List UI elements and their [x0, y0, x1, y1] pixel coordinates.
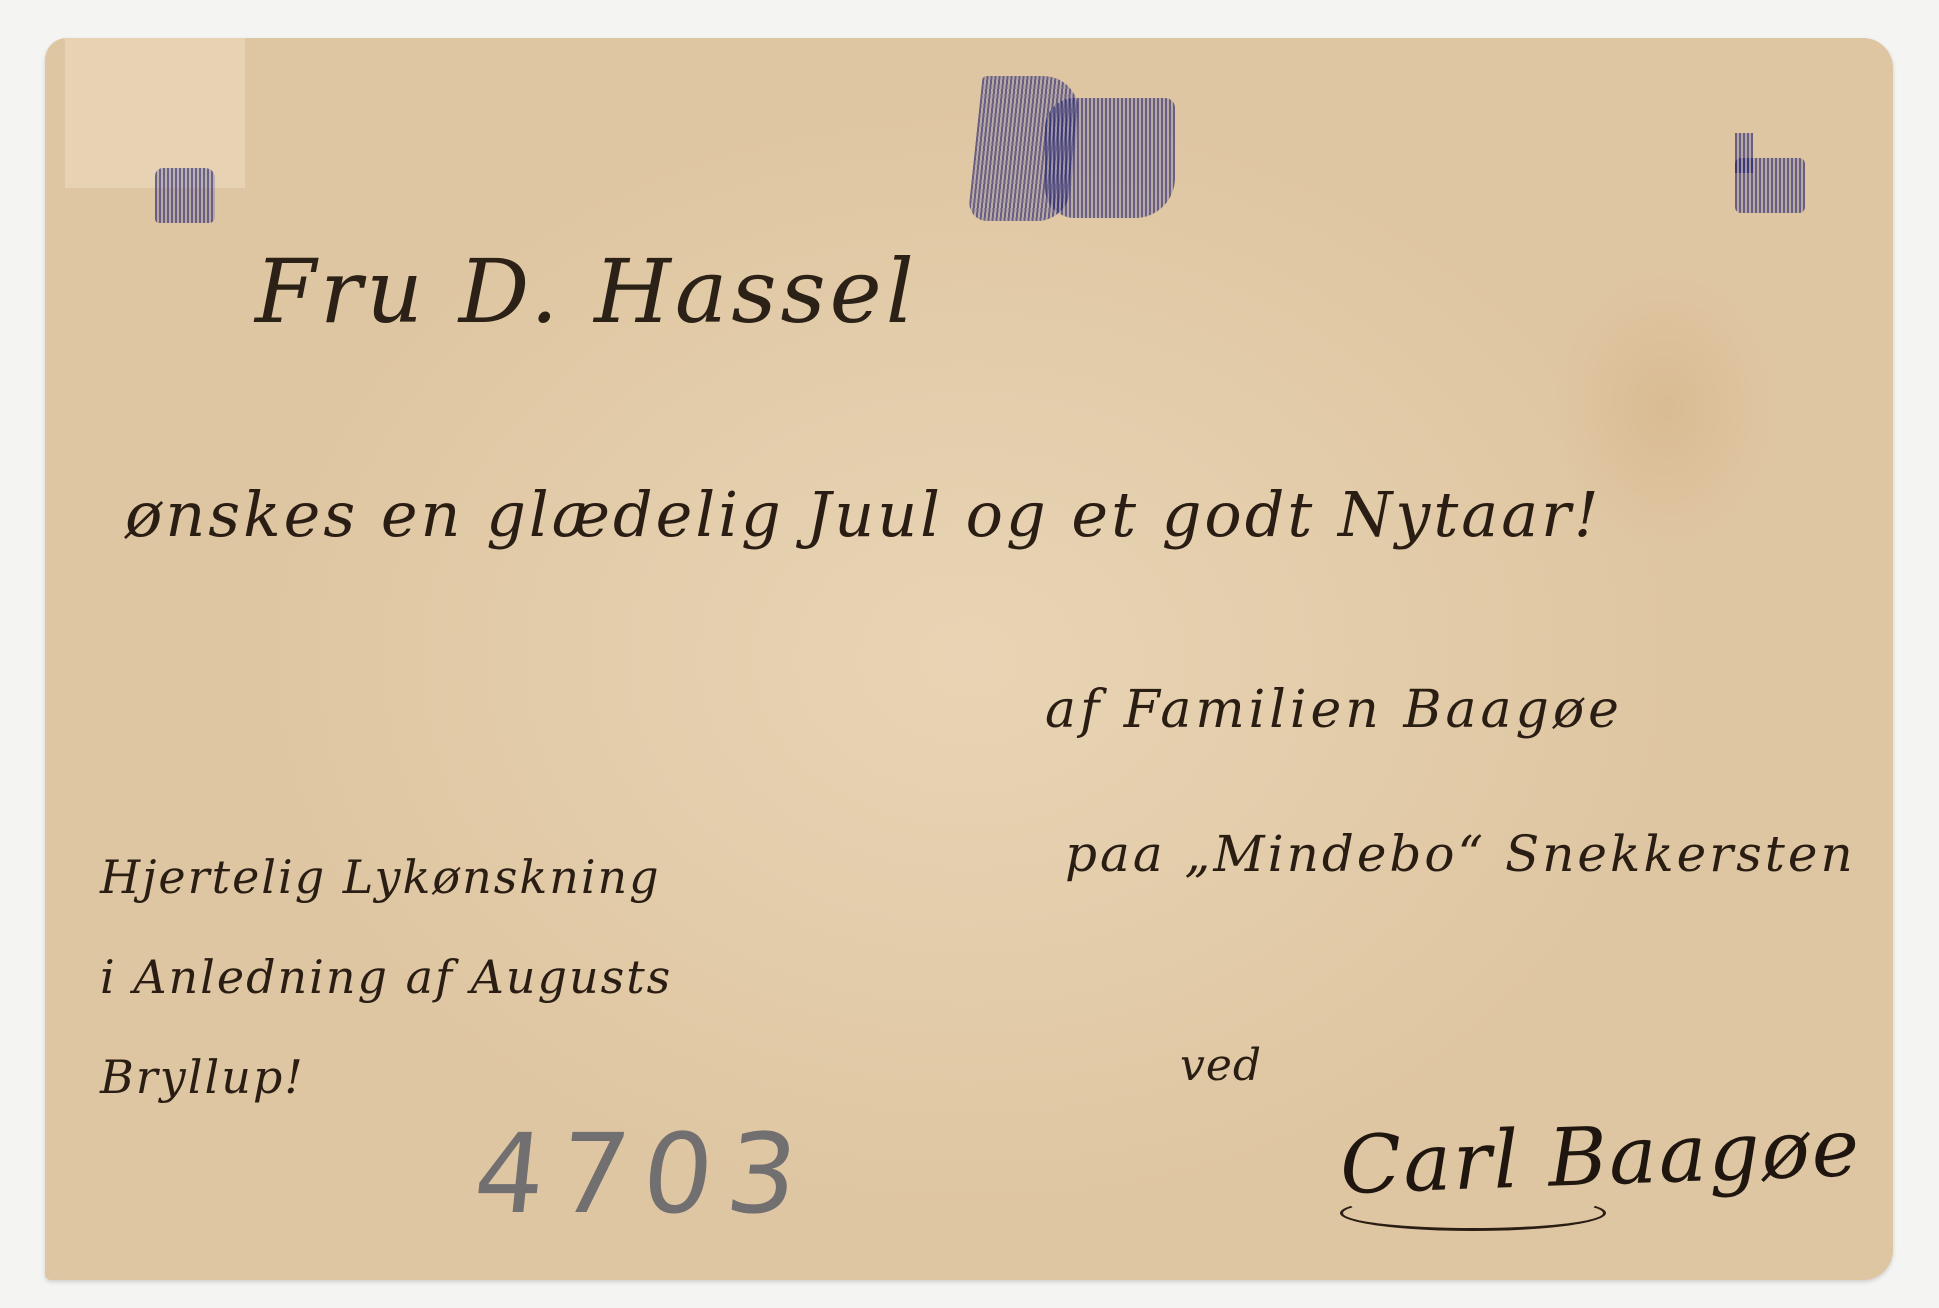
greeting-text: ønskes en glædelig Juul og et godt Nytaa…	[125, 478, 1602, 551]
blue-ink-stamp-mark	[155, 168, 215, 223]
archive-number: 4703	[468, 1110, 817, 1238]
greeting-card	[45, 38, 1893, 1280]
congratulation-line-3: Bryllup!	[100, 1050, 305, 1104]
signature-flourish	[1340, 1195, 1606, 1231]
sender-family: af Familien Baagøe	[1045, 680, 1623, 740]
congratulation-line-2: i Anledning af Augusts	[100, 950, 672, 1004]
blue-ink-stamp-mark	[1045, 98, 1175, 218]
blue-ink-stamp-mark	[1735, 158, 1805, 213]
congratulation-line-1: Hjertelig Lykønskning	[100, 850, 661, 904]
sender-via: ved	[1180, 1040, 1262, 1091]
addressee: Fru D. Hassel	[255, 240, 918, 343]
signature: Carl Baagøe	[1339, 1101, 1863, 1212]
sender-address: paa „Mindebo“ Snekkersten	[1065, 825, 1856, 883]
